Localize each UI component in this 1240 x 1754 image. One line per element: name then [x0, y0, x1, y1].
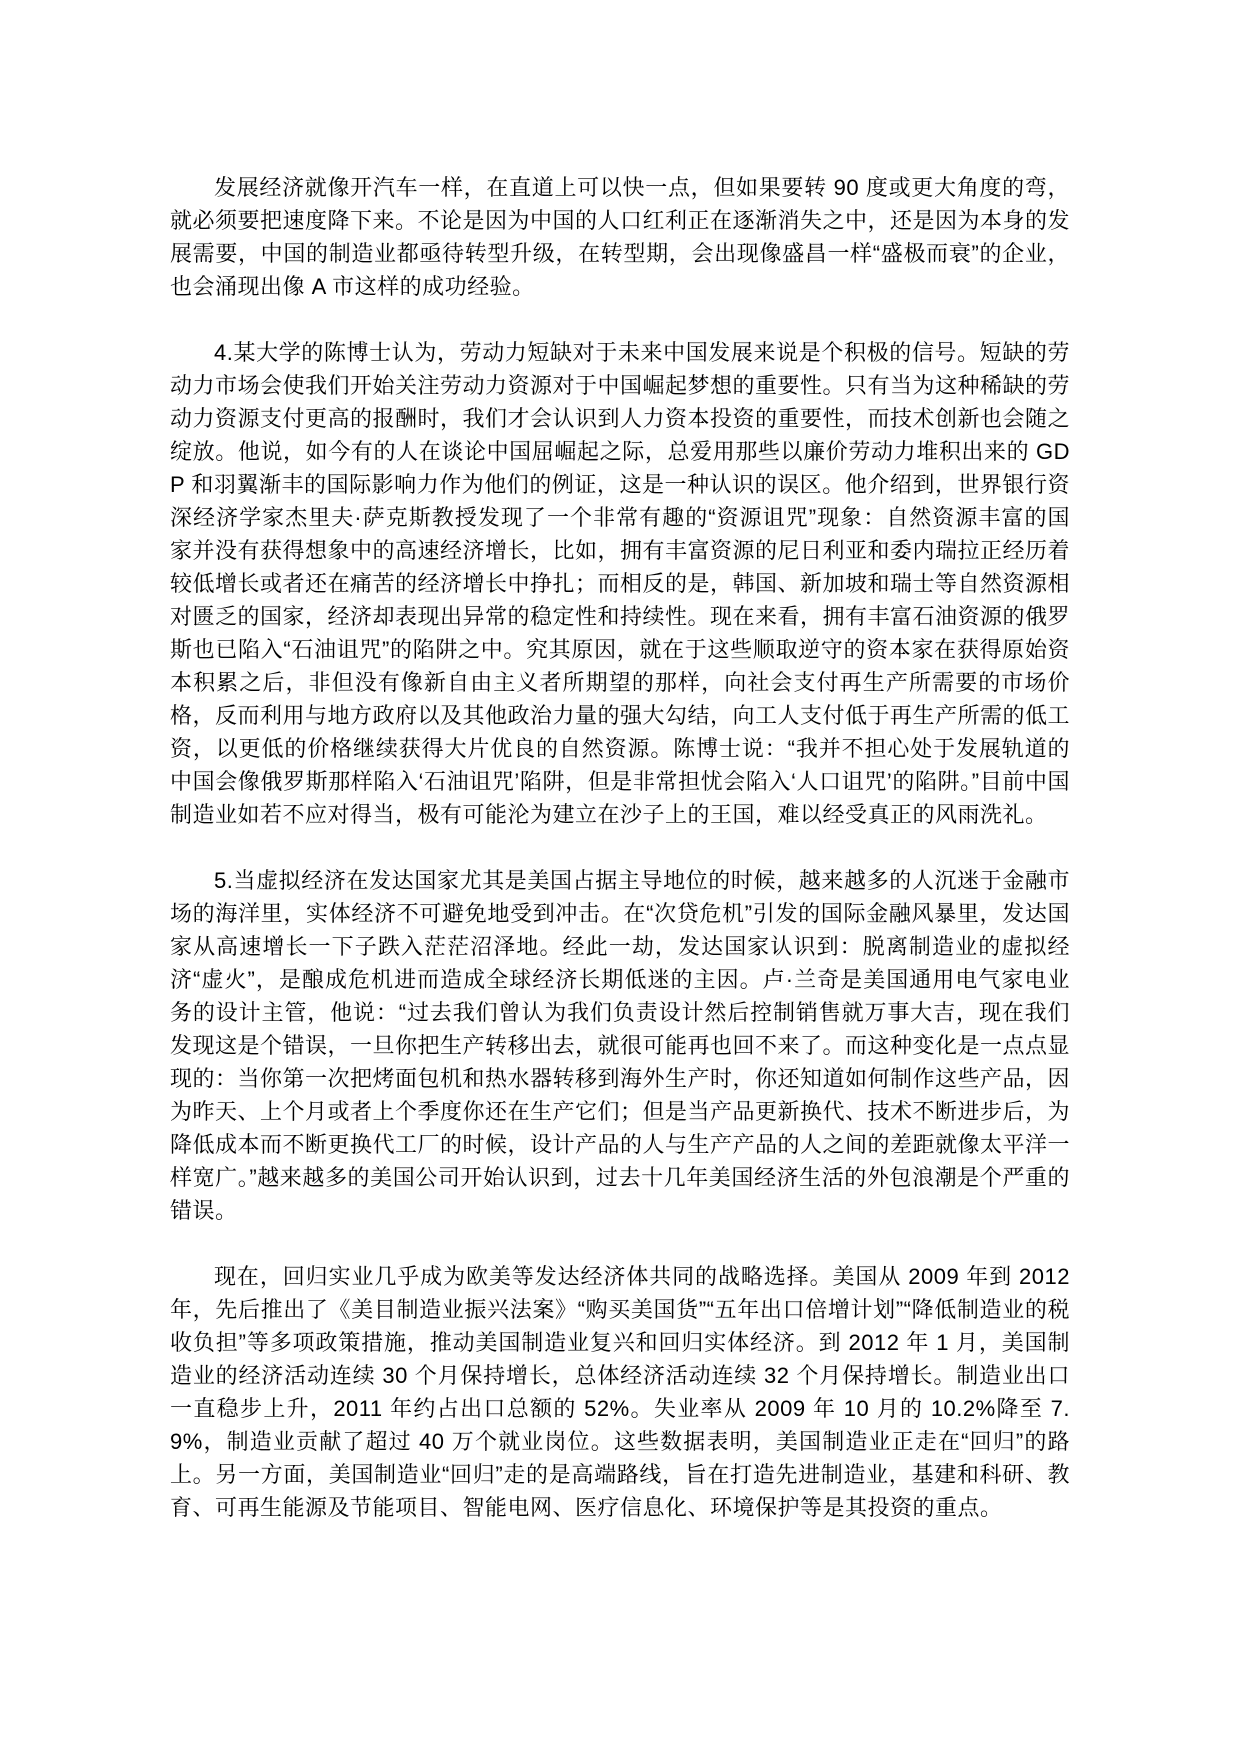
paragraph-conclusion-return-to-industry: 现在，回归实业几乎成为欧美等发达经济体共同的战略选择。美国从 2009 年到 2…: [170, 1260, 1070, 1524]
paragraph-item-4-labor-shortage: 4.某大学的陈博士认为，劳动力短缺对于未来中国发展来说是个积极的信号。短缺的劳动…: [170, 336, 1070, 831]
document-page: 发展经济就像开汽车一样，在直道上可以快一点，但如果要转 90 度或更大角度的弯，…: [0, 0, 1240, 1754]
paragraph-intro-car-analogy: 发展经济就像开汽车一样，在直道上可以快一点，但如果要转 90 度或更大角度的弯，…: [170, 171, 1070, 303]
paragraph-item-5-virtual-economy: 5.当虚拟经济在发达国家尤其是美国占据主导地位的时候，越来越多的人沉迷于金融市场…: [170, 864, 1070, 1227]
